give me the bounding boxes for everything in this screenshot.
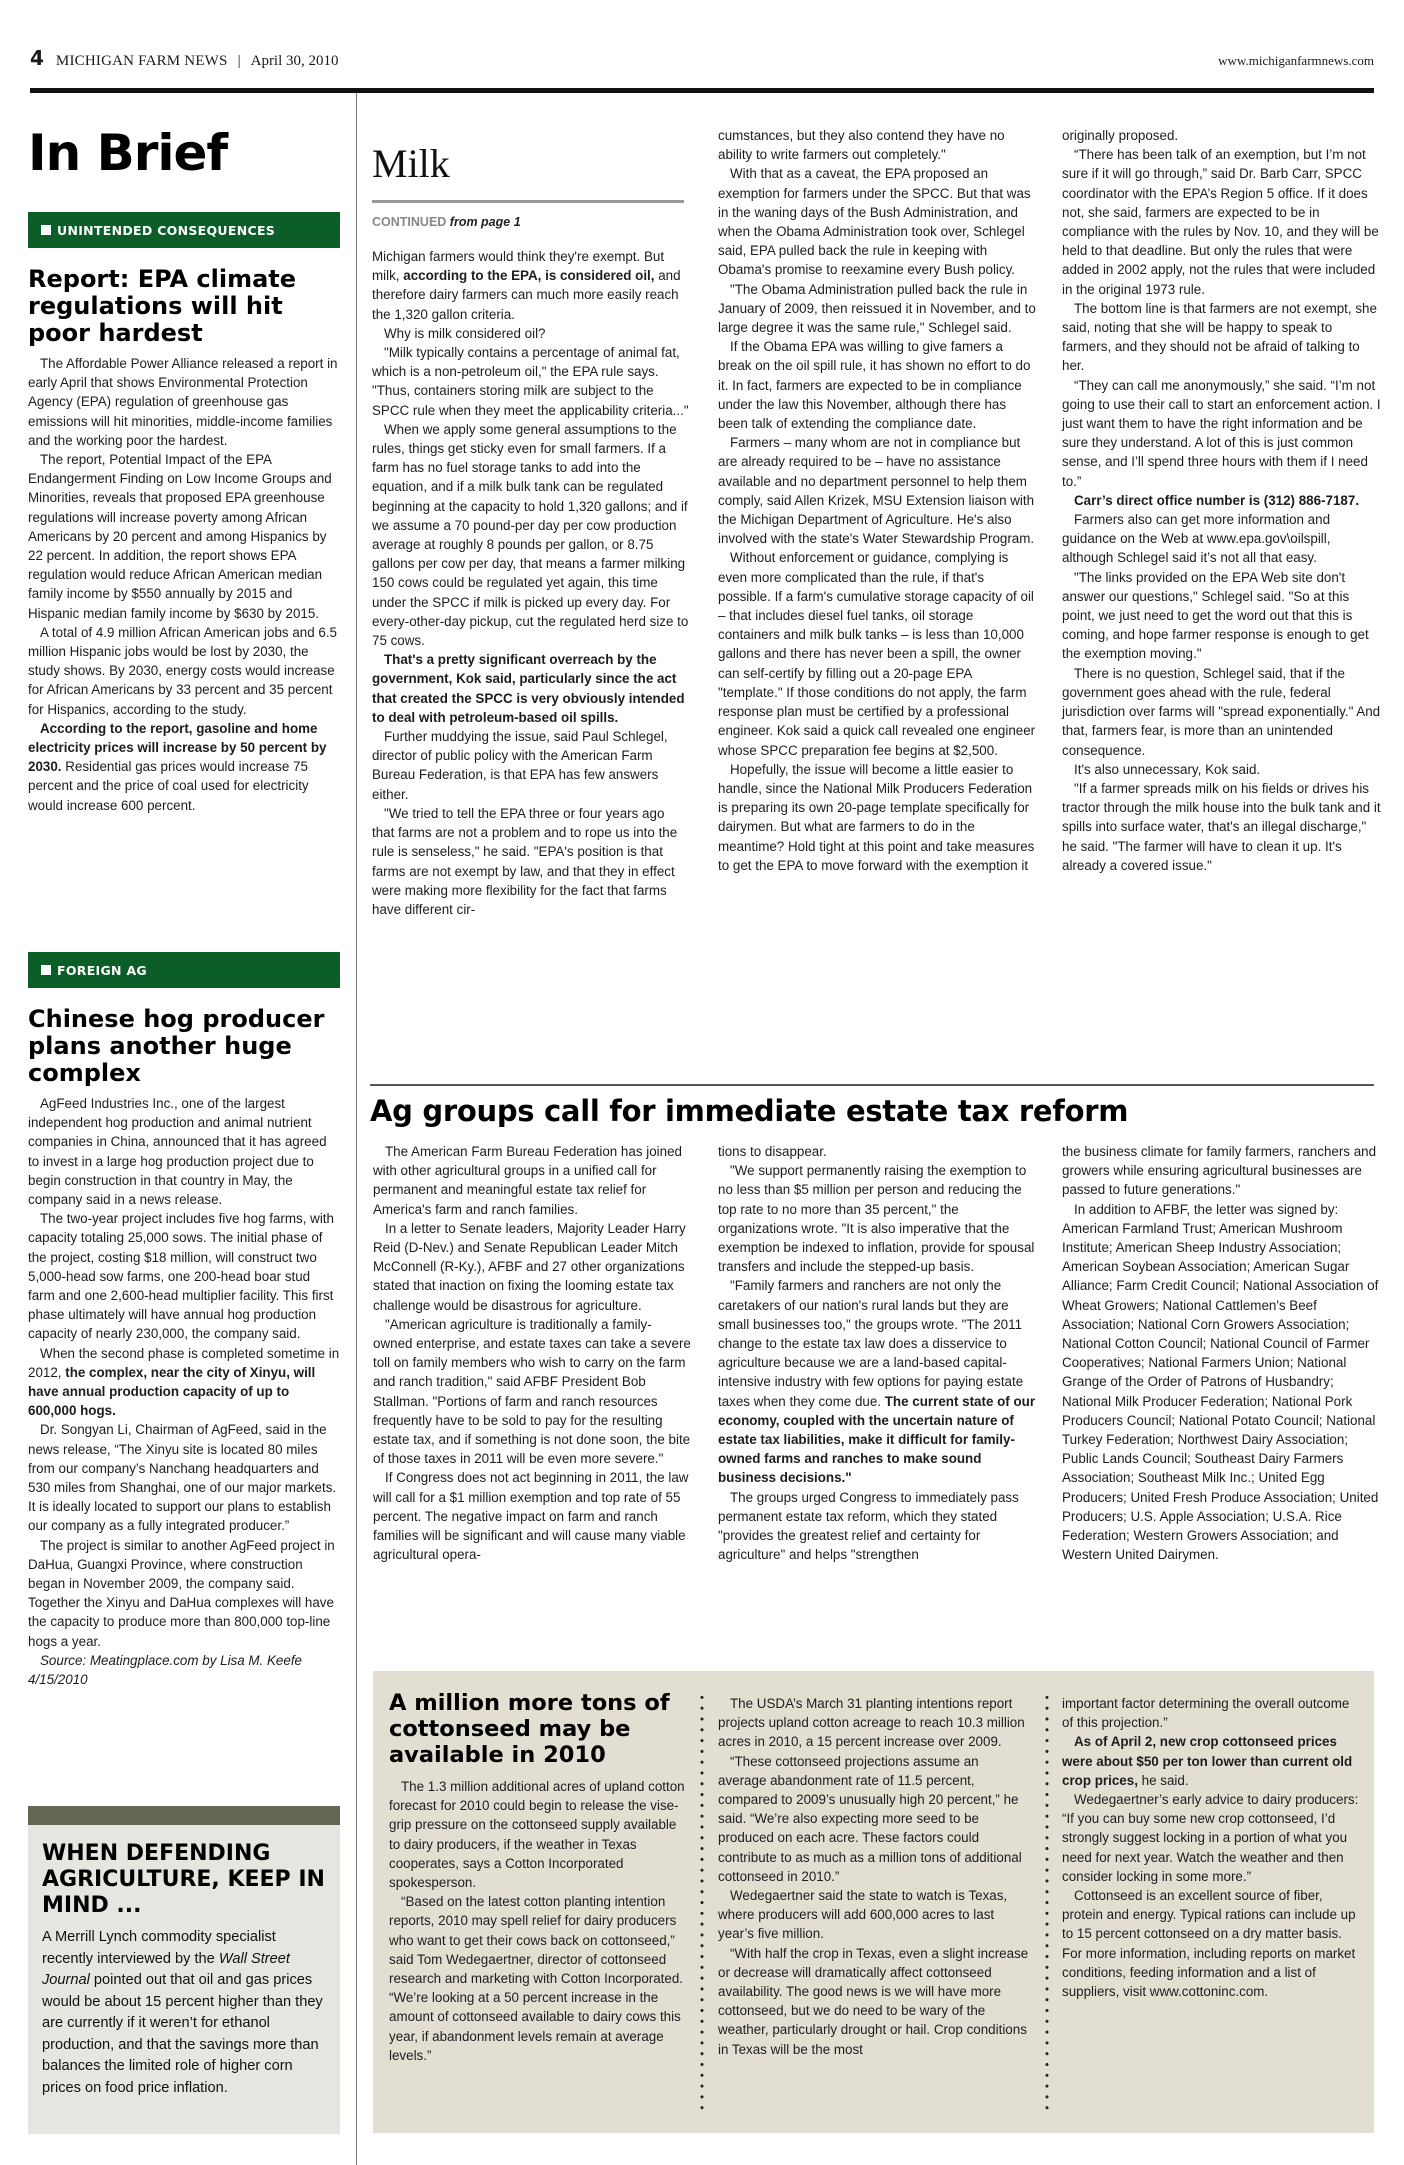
paragraph: Without enforcement or guidance, complyi… [718,548,1036,759]
paragraph: Further muddying the issue, said Paul Sc… [372,727,690,804]
paragraph: the business climate for family farmers,… [1062,1142,1384,1200]
milk-column-2: cumstances, but they also contend they h… [718,126,1036,875]
paragraph: According to the report, gasoline and ho… [28,719,340,815]
paragraph: “These cottonseed projections assume an … [718,1752,1030,1886]
paragraph: The USDA’s March 31 planting intentions … [718,1694,1030,1752]
continued-from-page-link[interactable]: from page 1 [450,215,521,229]
cottonseed-column-2: The USDA’s March 31 planting intentions … [718,1694,1030,2059]
milk-article-title: Milk [372,140,450,187]
headline-epa-report: Report: EPA climate regulations will hit… [28,266,340,347]
paragraph: The groups urged Congress to immediately… [718,1488,1036,1565]
paragraph: "We tried to tell the EPA three or four … [372,804,690,919]
estate-tax-column-1: The American Farm Bureau Federation has … [373,1142,691,1564]
page-number: 4 [30,46,44,70]
paragraph: The two-year project includes five hog f… [28,1209,340,1343]
text: "Family farmers and ranchers are not onl… [718,1278,1023,1408]
callout-body: A Merrill Lynch commodity specialist rec… [42,1927,326,2099]
paragraph: "The links provided on the EPA Web site … [1062,568,1384,664]
text: pointed out that oil and gas prices woul… [42,1972,323,2096]
cottonseed-column-1: The 1.3 million additional acres of upla… [389,1777,689,2065]
paragraph: The American Farm Bureau Federation has … [373,1142,691,1219]
milk-column-1: Michigan farmers would think they're exe… [372,247,690,919]
estate-tax-rule [370,1084,1374,1086]
estate-tax-column-3: the business climate for family farmers,… [1062,1142,1384,1564]
paragraph: "Milk typically contains a percentage of… [372,343,690,420]
paragraph: Why is milk considered oil? [372,324,690,343]
estate-tax-column-2: tions to disappear. "We support permanen… [718,1142,1036,1564]
callout-headline: WHEN DEFENDING AGRICULTURE, KEEP IN MIND… [42,1841,326,1919]
paragraph: If Congress does not act beginning in 20… [373,1468,691,1564]
paragraph: “There has been talk of an exemption, bu… [1062,145,1384,299]
paragraph: Wedegaertner said the state to watch is … [718,1886,1030,1944]
paragraph: originally proposed. [1062,126,1384,145]
masthead: 4 MICHIGAN FARM NEWS | April 30, 2010 ww… [30,46,1374,68]
publication-name: MICHIGAN FARM NEWS [56,53,228,70]
callout-box-defending-agriculture: WHEN DEFENDING AGRICULTURE, KEEP IN MIND… [28,1806,340,2134]
paragraph: AgFeed Industries Inc., one of the large… [28,1094,340,1209]
paragraph: If the Obama EPA was willing to give fam… [718,337,1036,433]
paragraph: Hopefully, the issue will become a littl… [718,760,1036,875]
dotted-divider [700,1692,704,2112]
article-chinese-hog-body: AgFeed Industries Inc., one of the large… [28,1094,340,1689]
paragraph: "American agriculture is traditionally a… [373,1315,691,1469]
text: he said. [1138,1773,1189,1788]
paragraph: With that as a caveat, the EPA proposed … [718,164,1036,279]
section-label-foreign-ag: FOREIGN AG [28,952,340,988]
bold-text: the complex, near the city of Xinyu, wil… [28,1365,315,1418]
paragraph: The bottom line is that farmers are not … [1062,299,1384,376]
headline-chinese-hog: Chinese hog producer plans another huge … [28,1006,340,1087]
paragraph: "If a farmer spreads milk on his fields … [1062,779,1384,875]
paragraph: “Based on the latest cotton planting int… [389,1892,689,2065]
continued-label: CONTINUED from page 1 [372,215,521,229]
bold-text: according to the EPA, is considered oil, [403,268,654,283]
paragraph: tions to disappear. [718,1142,1036,1161]
paragraph: In a letter to Senate leaders, Majority … [373,1219,691,1315]
cottonseed-column-3: important factor determining the overall… [1062,1694,1362,2001]
callout-top-bar [28,1806,340,1825]
paragraph: The project is similar to another AgFeed… [28,1536,340,1651]
square-bullet-icon [41,965,51,975]
paragraph: “They can call me anonymously,” she said… [1062,376,1384,491]
section-label-text: FOREIGN AG [57,963,147,978]
paragraph: "Family farmers and ranchers are not onl… [718,1276,1036,1487]
milk-column-3: originally proposed. “There has been tal… [1062,126,1384,875]
paragraph: "We support permanently raising the exem… [718,1161,1036,1276]
column-divider [356,93,357,2165]
square-bullet-icon [41,225,51,235]
paragraph: Wedegaertner’s early advice to dairy pro… [1062,1790,1362,1886]
paragraph: The Affordable Power Alliance released a… [28,354,340,450]
paragraph: It's also unnecessary, Kok said. [1062,760,1384,779]
paragraph: Dr. Songyan Li, Chairman of AgFeed, said… [28,1420,340,1535]
section-label-unintended-consequences: UNINTENDED CONSEQUENCES [28,212,340,248]
source-credit: Source: Meatingplace.com by Lisa M. Keef… [28,1651,340,1689]
text: Residential gas prices would increase 75… [28,759,309,812]
masthead-rule [30,88,1374,93]
cottonseed-headline: A million more tons of cottonseed may be… [389,1690,689,1768]
in-brief-title: In Brief [28,124,227,182]
paragraph: Cottonseed is an excellent source of fib… [1062,1886,1362,2001]
bold-text: As of April 2, new crop cottonseed price… [1062,1734,1352,1787]
issue-date: April 30, 2010 [251,53,339,70]
section-label-text: UNINTENDED CONSEQUENCES [57,223,275,238]
website-link[interactable]: www.michiganfarmnews.com [1218,53,1374,69]
paragraph: The 1.3 million additional acres of upla… [389,1777,689,1892]
paragraph: Farmers also can get more information an… [1062,510,1384,568]
bold-text: Carr’s direct office number is (312) 886… [1074,493,1359,508]
paragraph: When the second phase is completed somet… [28,1344,340,1421]
paragraph: That's a pretty significant overreach by… [372,650,690,727]
paragraph: Michigan farmers would think they're exe… [372,247,690,324]
continued-text: CONTINUED [372,215,446,229]
title-rule [372,200,684,203]
paragraph: As of April 2, new crop cottonseed price… [1062,1732,1362,1790]
paragraph: cumstances, but they also contend they h… [718,126,1036,164]
paragraph: The report, Potential Impact of the EPA … [28,450,340,623]
paragraph: "The Obama Administration pulled back th… [718,280,1036,338]
paragraph: A total of 4.9 million African American … [28,623,340,719]
paragraph: “With half the crop in Texas, even a sli… [718,1944,1030,2059]
paragraph: important factor determining the overall… [1062,1694,1362,1732]
paragraph: In addition to AFBF, the letter was sign… [1062,1200,1384,1565]
article-epa-report-body: The Affordable Power Alliance released a… [28,354,340,815]
paragraph: There is no question, Schlegel said, tha… [1062,664,1384,760]
estate-tax-headline: Ag groups call for immediate estate tax … [370,1094,1128,1128]
paragraph: When we apply some general assumptions t… [372,420,690,650]
bold-text: That's a pretty significant overreach by… [372,652,685,725]
paragraph: Farmers – many whom are not in complianc… [718,433,1036,548]
dotted-divider [1045,1692,1049,2112]
masthead-separator: | [238,53,241,70]
paragraph: Carr’s direct office number is (312) 886… [1062,491,1384,510]
